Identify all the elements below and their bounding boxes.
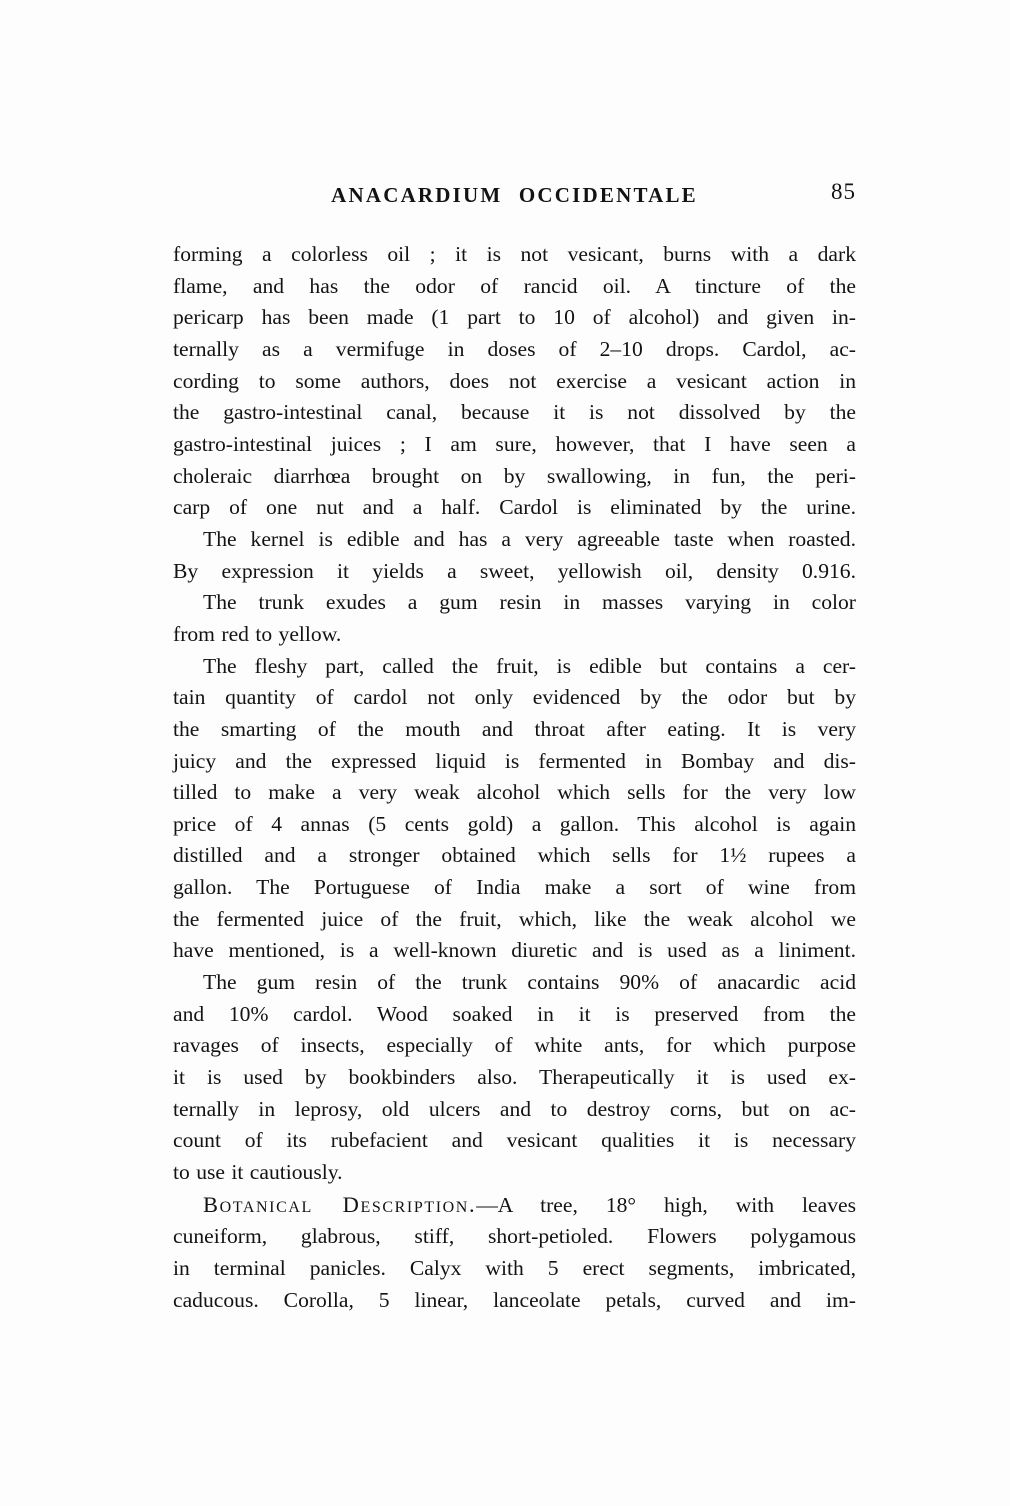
text-line: it is used by bookbinders also. Therapeu… (173, 1062, 856, 1094)
text-line: cording to some authors, does not exerci… (173, 366, 856, 398)
text-line: distilled and a stronger obtained which … (173, 840, 856, 872)
text-line: The gum resin of the trunk contains 90% … (173, 967, 856, 999)
text-line: pericarp has been made (1 part to 10 of … (173, 302, 856, 334)
text-line: tilled to make a very weak alcohol which… (173, 777, 856, 809)
text-line: from red to yellow. (173, 619, 856, 651)
text-line: the fermented juice of the fruit, which,… (173, 904, 856, 936)
text-line: ravages of insects, especially of white … (173, 1030, 856, 1062)
text-line: caducous. Corolla, 5 linear, lanceolate … (173, 1285, 856, 1317)
text-line: By expression it yields a sweet, yellowi… (173, 556, 856, 588)
text-line: tain quantity of cardol not only evidenc… (173, 682, 856, 714)
text-line: choleraic diarrhœa brought on by swallow… (173, 461, 856, 493)
text-line: in terminal panicles. Calyx with 5 erect… (173, 1253, 856, 1285)
paragraph: The kernel is edible and has a very agre… (173, 524, 856, 587)
paragraph: The gum resin of the trunk contains 90% … (173, 967, 856, 1189)
text-line: cuneiform, glabrous, stiff, short-petiol… (173, 1221, 856, 1253)
text-line: the smarting of the mouth and throat aft… (173, 714, 856, 746)
text-line: price of 4 annas (5 cents gold) a gallon… (173, 809, 856, 841)
text-line: the gastro-intestinal canal, because it … (173, 397, 856, 429)
paragraph: The trunk exudes a gum resin in masses v… (173, 587, 856, 650)
text-line: gallon. The Portuguese of India make a s… (173, 872, 856, 904)
text-line: The trunk exudes a gum resin in masses v… (173, 587, 856, 619)
paragraph: The fleshy part, called the fruit, is ed… (173, 651, 856, 968)
paragraph: Botanical Description.—A tree, 18° high,… (173, 1189, 856, 1317)
text-line: Botanical Description.—A tree, 18° high,… (173, 1189, 856, 1222)
text-line: juicy and the expressed liquid is fermen… (173, 746, 856, 778)
running-head: ANACARDIUM OCCIDENTALE 85 (173, 181, 856, 211)
section-heading: Botanical Description. (203, 1192, 476, 1217)
book-page-scan: ANACARDIUM OCCIDENTALE 85 forming a colo… (0, 0, 1010, 1506)
text-line: count of its rubefacient and vesicant qu… (173, 1125, 856, 1157)
text-line: flame, and has the odor of rancid oil. A… (173, 271, 856, 303)
text-line: ternally in leprosy, old ulcers and to d… (173, 1094, 856, 1126)
text-line: forming a colorless oil ; it is not vesi… (173, 239, 856, 271)
paragraph: forming a colorless oil ; it is not vesi… (173, 239, 856, 524)
page-number: 85 (831, 178, 856, 206)
text-line: The fleshy part, called the fruit, is ed… (173, 651, 856, 683)
text-line: have mentioned, is a well-known diuretic… (173, 935, 856, 967)
text-line: The kernel is edible and has a very agre… (173, 524, 856, 556)
text-line: carp of one nut and a half. Cardol is el… (173, 492, 856, 524)
text-line: and 10% cardol. Wood soaked in it is pre… (173, 999, 856, 1031)
text-line: gastro-intestinal juices ; I am sure, ho… (173, 429, 856, 461)
running-head-title: ANACARDIUM OCCIDENTALE (331, 183, 698, 207)
text-line: ternally as a vermifuge in doses of 2–10… (173, 334, 856, 366)
text-body: forming a colorless oil ; it is not vesi… (173, 239, 856, 1316)
text-line: to use it cautiously. (173, 1157, 856, 1189)
